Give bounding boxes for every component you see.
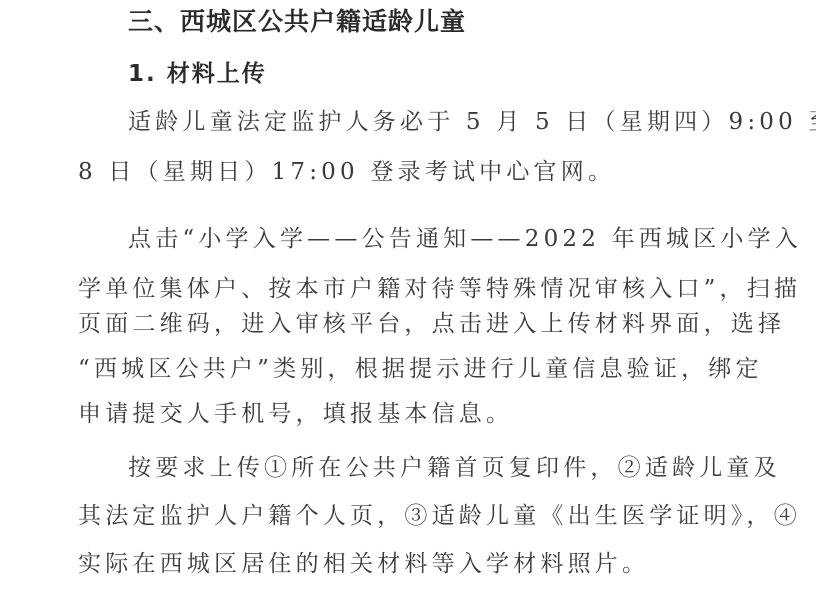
paragraph-2-line-4: “西城区公共户”类别，根据提示进行儿童信息验证，绑定 (78, 351, 763, 387)
paragraph-2-line-3: 页面二维码，进入审核平台，点击进入上传材料界面，选择 (78, 306, 785, 342)
paragraph-2-line-2: 学单位集体户、按本市户籍对待等特殊情况审核入口”，扫描 (78, 271, 801, 307)
paragraph-3-line-2: 其法定监护人户籍个人页，③适龄儿童《出生医学证明》，④ (78, 498, 801, 534)
paragraph-2-line-1: 点击“小学入学——公告通知——2022 年西城区小学入 (128, 221, 802, 257)
subsection-heading: 1. 材料上传 (128, 56, 267, 92)
paragraph-1-line-1: 适龄儿童法定监护人务必于 5 月 5 日（星期四）9:00 至 (128, 104, 816, 140)
document-page: 三、西城区公共户籍适龄儿童 1. 材料上传 适龄儿童法定监护人务必于 5 月 5… (0, 0, 816, 595)
paragraph-1-line-2: 8 日（星期日）17:00 登录考试中心官网。 (78, 154, 615, 190)
paragraph-3-line-1: 按要求上传①所在公共户籍首页复印件，②适龄儿童及 (128, 450, 781, 486)
section-heading: 三、西城区公共户籍适龄儿童 (128, 4, 466, 40)
paragraph-2-line-5: 申请提交人手机号，填报基本信息。 (78, 396, 513, 432)
paragraph-3-line-3: 实际在西城区居住的相关材料等入学材料照片。 (78, 546, 649, 582)
